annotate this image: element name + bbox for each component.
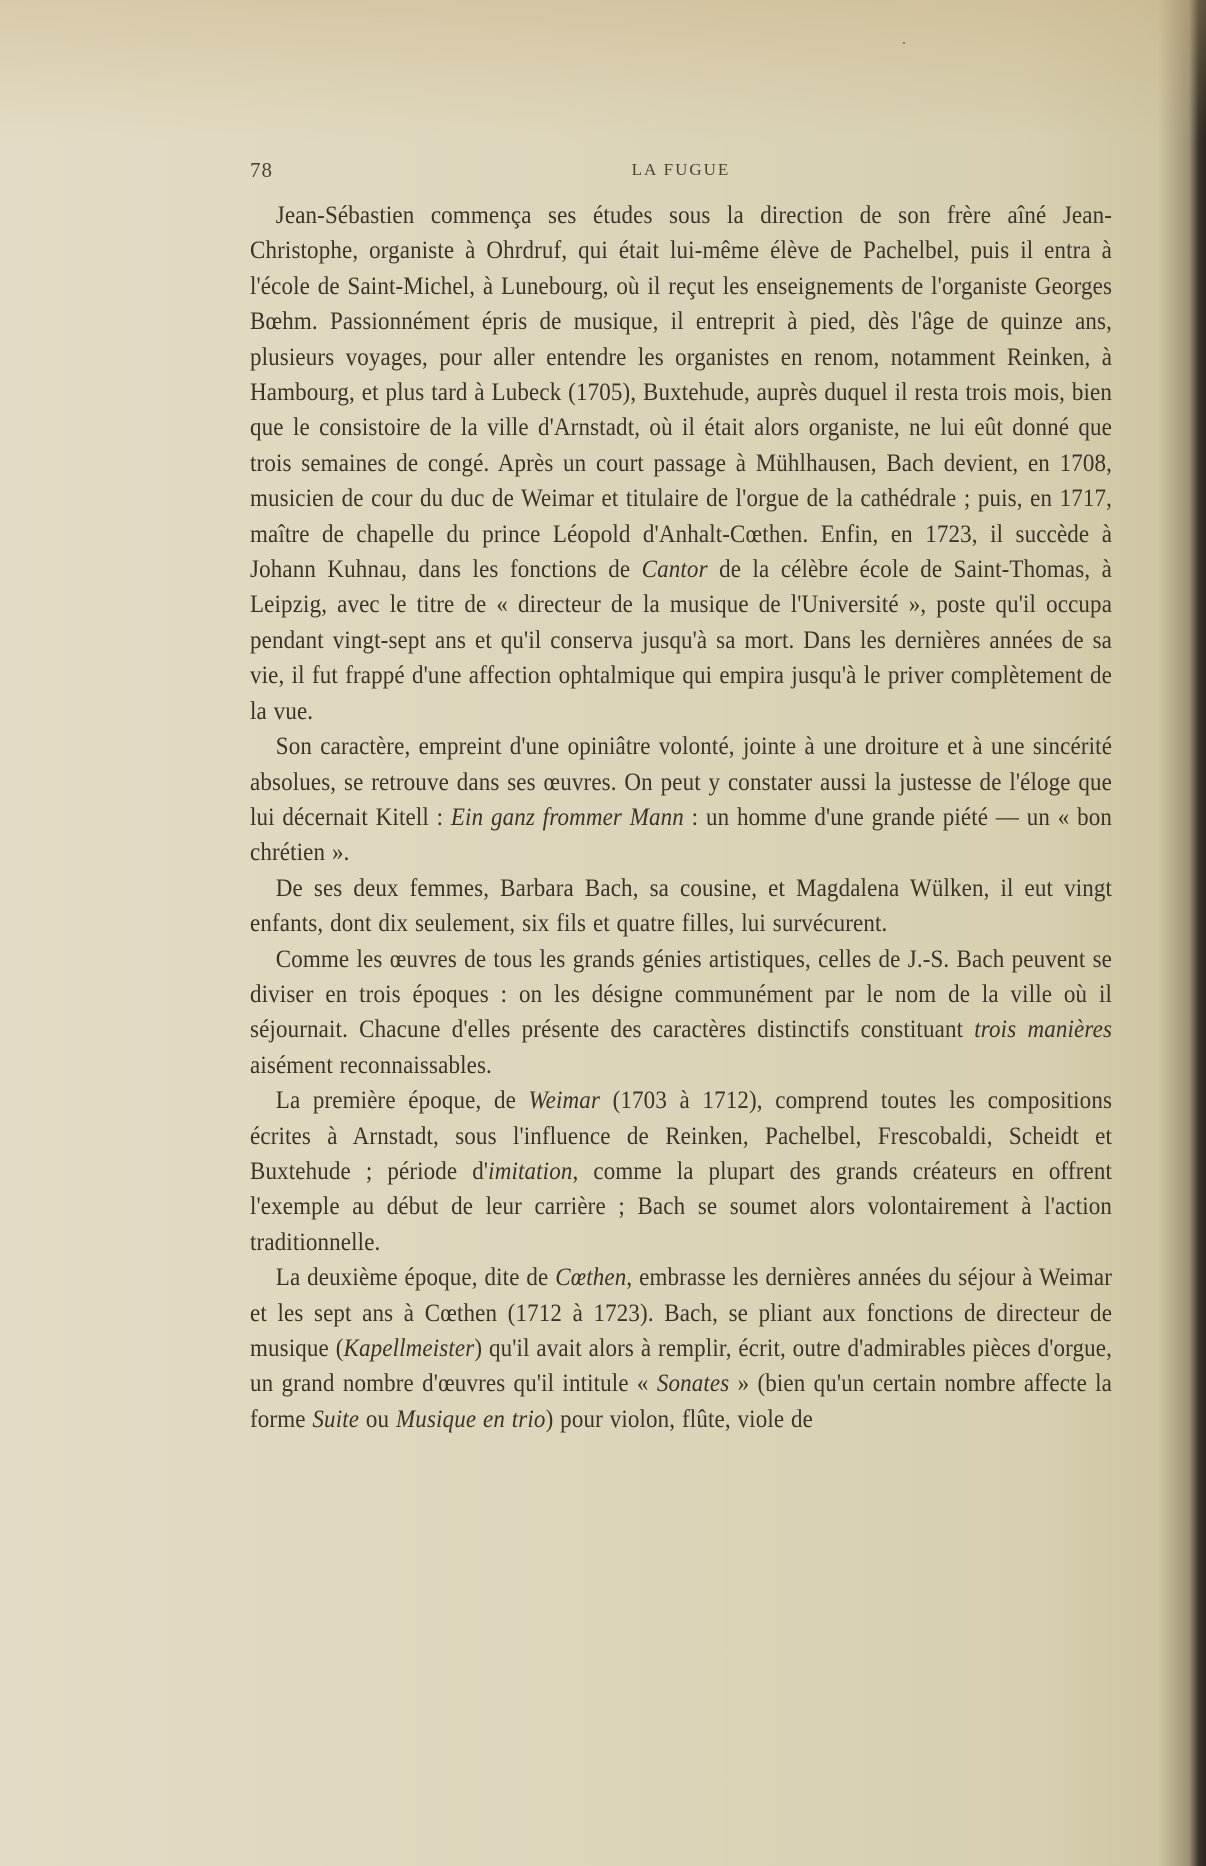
italic-run: trois manières bbox=[974, 1016, 1112, 1043]
text-run: Jean-Sébastien commença ses études sous … bbox=[250, 202, 1112, 583]
paragraph-bach-education: Jean-Sébastien commença ses études sous … bbox=[250, 198, 1112, 729]
text-run: La deuxième époque, dite de bbox=[276, 1264, 556, 1291]
italic-run: Ein ganz frommer Mann bbox=[451, 804, 684, 831]
paper-speck bbox=[903, 42, 905, 44]
paper-discoloration bbox=[0, 0, 1206, 140]
text-run: La première époque, de bbox=[276, 1087, 529, 1114]
italic-run: imitation bbox=[488, 1158, 572, 1185]
text-run: aisément reconnaissables. bbox=[250, 1052, 492, 1079]
paragraph-three-periods: Comme les œuvres de tous les grands géni… bbox=[250, 942, 1112, 1084]
text-run: ou bbox=[359, 1406, 396, 1433]
paragraph-weimar-period: La première époque, de Weimar (1703 à 17… bbox=[250, 1083, 1112, 1260]
running-title: LA FUGUE bbox=[250, 160, 1112, 180]
text-run: De ses deux femmes, Barbara Bach, sa cou… bbox=[250, 875, 1112, 937]
paragraph-coethen-period: La deuxième époque, dite de Cœthen, embr… bbox=[250, 1260, 1112, 1437]
text-run: ) pour violon, flûte, viole de bbox=[546, 1406, 813, 1433]
page-header: 78 LA FUGUE bbox=[250, 158, 1112, 188]
body-text: Jean-Sébastien commença ses études sous … bbox=[250, 198, 1112, 1437]
italic-run: Cœthen bbox=[555, 1264, 626, 1291]
italic-run: Weimar bbox=[529, 1087, 601, 1114]
italic-run: Musique en trio bbox=[396, 1406, 546, 1433]
italic-run: Suite bbox=[312, 1406, 359, 1433]
paragraph-bach-character: Son caractère, empreint d'une opiniâtre … bbox=[250, 729, 1112, 871]
italic-run: Cantor bbox=[642, 556, 708, 583]
paragraph-bach-family: De ses deux femmes, Barbara Bach, sa cou… bbox=[250, 871, 1112, 942]
italic-run: Kapellmeister bbox=[344, 1335, 475, 1362]
italic-run: Sonates bbox=[657, 1370, 730, 1397]
